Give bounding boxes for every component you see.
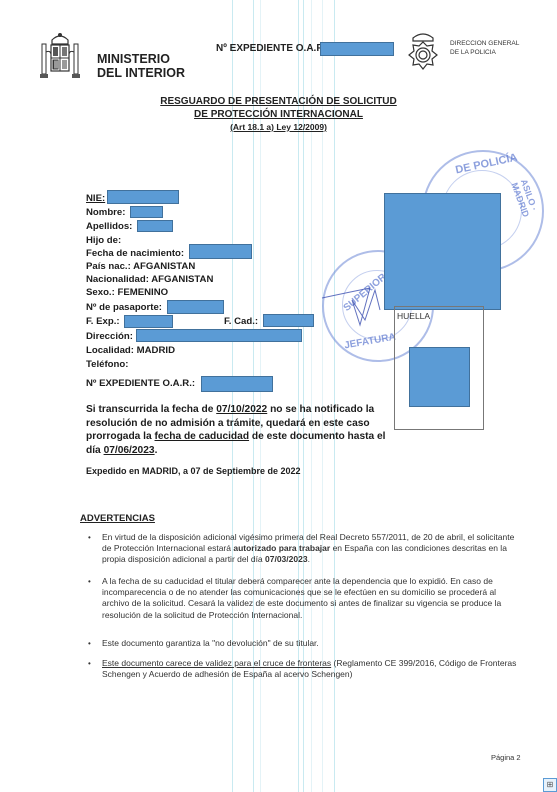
warning-bold: autorizado para trabajar (233, 543, 330, 553)
title-legal-reference: (Art 18.1 a) Ley 12/2009) (230, 122, 327, 132)
field-nombre: Nombre: (86, 207, 125, 218)
field-fecha-nacimiento: Fecha de nacimiento: (86, 248, 184, 259)
redacted-nombre (130, 206, 163, 218)
police-directorate: DIRECCION GENERAL DE LA POLICIA (450, 40, 519, 57)
layout-options-icon[interactable]: ⊞ (543, 778, 557, 792)
spain-coat-of-arms-icon (38, 30, 82, 82)
warning-text: . (308, 554, 310, 564)
field-pais-nacimiento: País nac.: AFGANISTAN (86, 261, 195, 272)
field-sexo: Sexo.: FEMENINO (86, 287, 168, 298)
field-fecha-expedicion: F. Exp.: (86, 316, 120, 327)
field-apellidos: Apellidos: (86, 221, 132, 232)
redacted-fingerprint (409, 347, 470, 407)
issued-place-date: Expedido en MADRID, a 07 de Septiembre d… (86, 466, 301, 476)
expediente-top-label: Nº EXPEDIENTE O.A.R.: (216, 43, 330, 54)
bullet-icon: • (88, 576, 91, 587)
redacted-address (136, 329, 302, 342)
warning-text: Este documento garantiza la "no devoluci… (102, 638, 319, 648)
redacted-expediente-top (320, 42, 394, 56)
redacted-expiry-date (263, 314, 314, 327)
warning-bold: 07/03/2023 (265, 554, 308, 564)
bullet-icon: • (88, 658, 91, 669)
title-line-2: DE PROTECCIÓN INTERNACIONAL (194, 109, 363, 120)
redacted-apellidos (137, 220, 173, 232)
field-direccion: Dirección: (86, 331, 133, 342)
extension-notice: Si transcurrida la fecha de 07/10/2022 n… (86, 403, 386, 457)
redacted-birthdate (189, 244, 252, 259)
ministry-line-1: MINISTERIO (97, 52, 185, 66)
warning-underlined: Este documento carece de validez para el… (102, 658, 331, 668)
field-localidad: Localidad: MADRID (86, 345, 175, 356)
warning-text: A la fecha de su caducidad el titular de… (102, 576, 501, 620)
redacted-nie (107, 190, 179, 204)
police-line-2: DE LA POLICIA (450, 49, 519, 58)
notice-text: . (155, 445, 158, 456)
advertencias-heading: ADVERTENCIAS (80, 513, 155, 524)
page-number: Página 2 (491, 753, 521, 762)
field-pasaporte: Nº de pasaporte: (86, 302, 162, 313)
notice-caducidad: fecha de caducidad (155, 431, 250, 442)
warning-item: • En virtud de la disposición adicional … (102, 532, 522, 566)
field-expediente: Nº EXPEDIENTE O.A.R.: (86, 378, 195, 389)
redacted-issue-date (124, 315, 173, 328)
warning-item: • A la fecha de su caducidad el titular … (102, 576, 522, 621)
field-fecha-caducidad: F. Cad.: (224, 316, 258, 327)
policia-nacional-badge-icon (404, 30, 442, 76)
police-line-1: DIRECCION GENERAL (450, 40, 519, 49)
field-telefono: Teléfono: (86, 359, 128, 370)
redacted-passport (167, 300, 224, 314)
document-title: RESGUARDO DE PRESENTACIÓN DE SOLICITUD D… (0, 95, 557, 134)
ministry-name: MINISTERIO DEL INTERIOR (97, 52, 185, 80)
notice-text: Si transcurrida la fecha de (86, 404, 216, 415)
ministry-line-2: DEL INTERIOR (97, 66, 185, 80)
title-line-1: RESGUARDO DE PRESENTACIÓN DE SOLICITUD (160, 96, 397, 107)
field-hijo-de: Hijo de: (86, 235, 121, 246)
notice-date-1: 07/10/2022 (216, 404, 267, 415)
redacted-expediente (201, 376, 273, 392)
fingerprint-label: HUELLA (397, 311, 430, 321)
notice-date-2: 07/06/2023 (104, 445, 155, 456)
warning-item: • Este documento carece de validez para … (102, 658, 522, 680)
field-nacionalidad: Nacionalidad: AFGANISTAN (86, 274, 213, 285)
warning-item: • Este documento garantiza la "no devolu… (102, 638, 522, 649)
redacted-photo (384, 193, 501, 310)
bullet-icon: • (88, 638, 91, 649)
field-nie: NIE: (86, 193, 105, 204)
bullet-icon: • (88, 532, 91, 543)
